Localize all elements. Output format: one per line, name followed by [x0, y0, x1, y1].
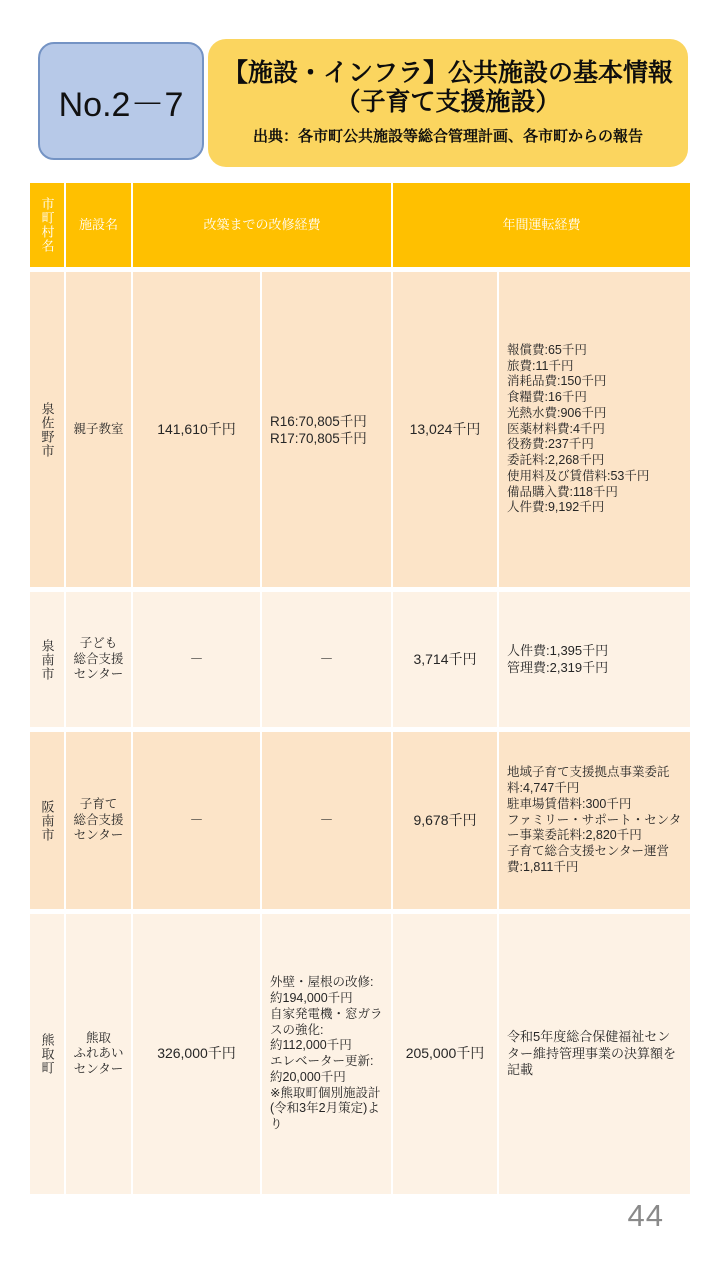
row1-renovation-detail: R16:70,805千円 R17:70,805千円 — [262, 272, 391, 587]
row4-renovation-detail: 外壁・屋根の改修:約194,000千円 自家発電機・窓ガラスの強化: 約112,… — [262, 914, 391, 1194]
row2-municipality: 泉南市 — [41, 639, 54, 681]
row3-facility: 子育て 総合支援 センター — [66, 732, 131, 909]
row3-renovation-total: － — [133, 732, 260, 909]
row4-renovation-total: 326,000千円 — [133, 914, 260, 1194]
row2-municipality-cell: 泉南市 — [30, 592, 64, 727]
title-banner: 【施設・インフラ】公共施設の基本情報 （子育て支援施設） 出典：各市町公共施設等… — [208, 39, 688, 167]
row4-operating-detail: 令和5年度総合保健福祉センター維持管理事業の決算額を記載 — [499, 914, 690, 1194]
document-page: No.2－7 【施設・インフラ】公共施設の基本情報 （子育て支援施設） 出典：各… — [0, 0, 720, 1280]
row1-municipality: 泉佐野市 — [41, 402, 54, 458]
row1-operating-total: 13,024千円 — [393, 272, 497, 587]
row2-operating-detail: 人件費:1,395千円 管理費:2,319千円 — [499, 592, 690, 727]
header-municipality-label: 市町村名 — [41, 197, 54, 253]
row1-operating-detail: 報償費:65千円 旅費:11千円 消耗品費:150千円 食糧費:16千円 光熱水… — [499, 272, 690, 587]
row4-municipality: 熊取町 — [41, 1033, 54, 1075]
facility-cost-table: 市町村名 施設名 改築までの改修経費 年間運転経費 泉佐野市 親子教室 141,… — [30, 183, 690, 1194]
row2-facility: 子ども 総合支援 センター — [66, 592, 131, 727]
source-note: 出典：各市町公共施設等総合管理計画、各市町からの報告 — [253, 125, 643, 146]
row2-renovation-total: － — [133, 592, 260, 727]
page-title-line2: （子育て支援施設） — [335, 88, 560, 118]
row4-operating-total: 205,000千円 — [393, 914, 497, 1194]
row3-operating-detail: 地域子育て支援拠点事業委託料:4,747千円 駐車場賃借料:300千円 ファミリ… — [499, 732, 690, 909]
header-renovation-cost: 改築までの改修経費 — [133, 183, 391, 267]
header-municipality: 市町村名 — [30, 183, 64, 267]
row2-renovation-detail: － — [262, 592, 391, 727]
row3-renovation-detail: － — [262, 732, 391, 909]
document-number-label: No.2－7 — [59, 77, 184, 126]
row4-facility: 熊取 ふれあい センター — [66, 914, 131, 1194]
header-facility: 施設名 — [66, 183, 131, 267]
row1-municipality-cell: 泉佐野市 — [30, 272, 64, 587]
row4-municipality-cell: 熊取町 — [30, 914, 64, 1194]
document-number-badge: No.2－7 — [38, 42, 204, 160]
row3-municipality-cell: 阪南市 — [30, 732, 64, 909]
row3-municipality: 阪南市 — [41, 800, 54, 842]
page-title-line1: 【施設・インフラ】公共施設の基本情報 — [223, 59, 673, 89]
row1-facility: 親子教室 — [66, 272, 131, 587]
header-operating-cost: 年間運転経費 — [393, 183, 690, 267]
row3-operating-total: 9,678千円 — [393, 732, 497, 909]
row2-operating-total: 3,714千円 — [393, 592, 497, 727]
page-number: 44 — [628, 1198, 664, 1234]
row1-renovation-total: 141,610千円 — [133, 272, 260, 587]
